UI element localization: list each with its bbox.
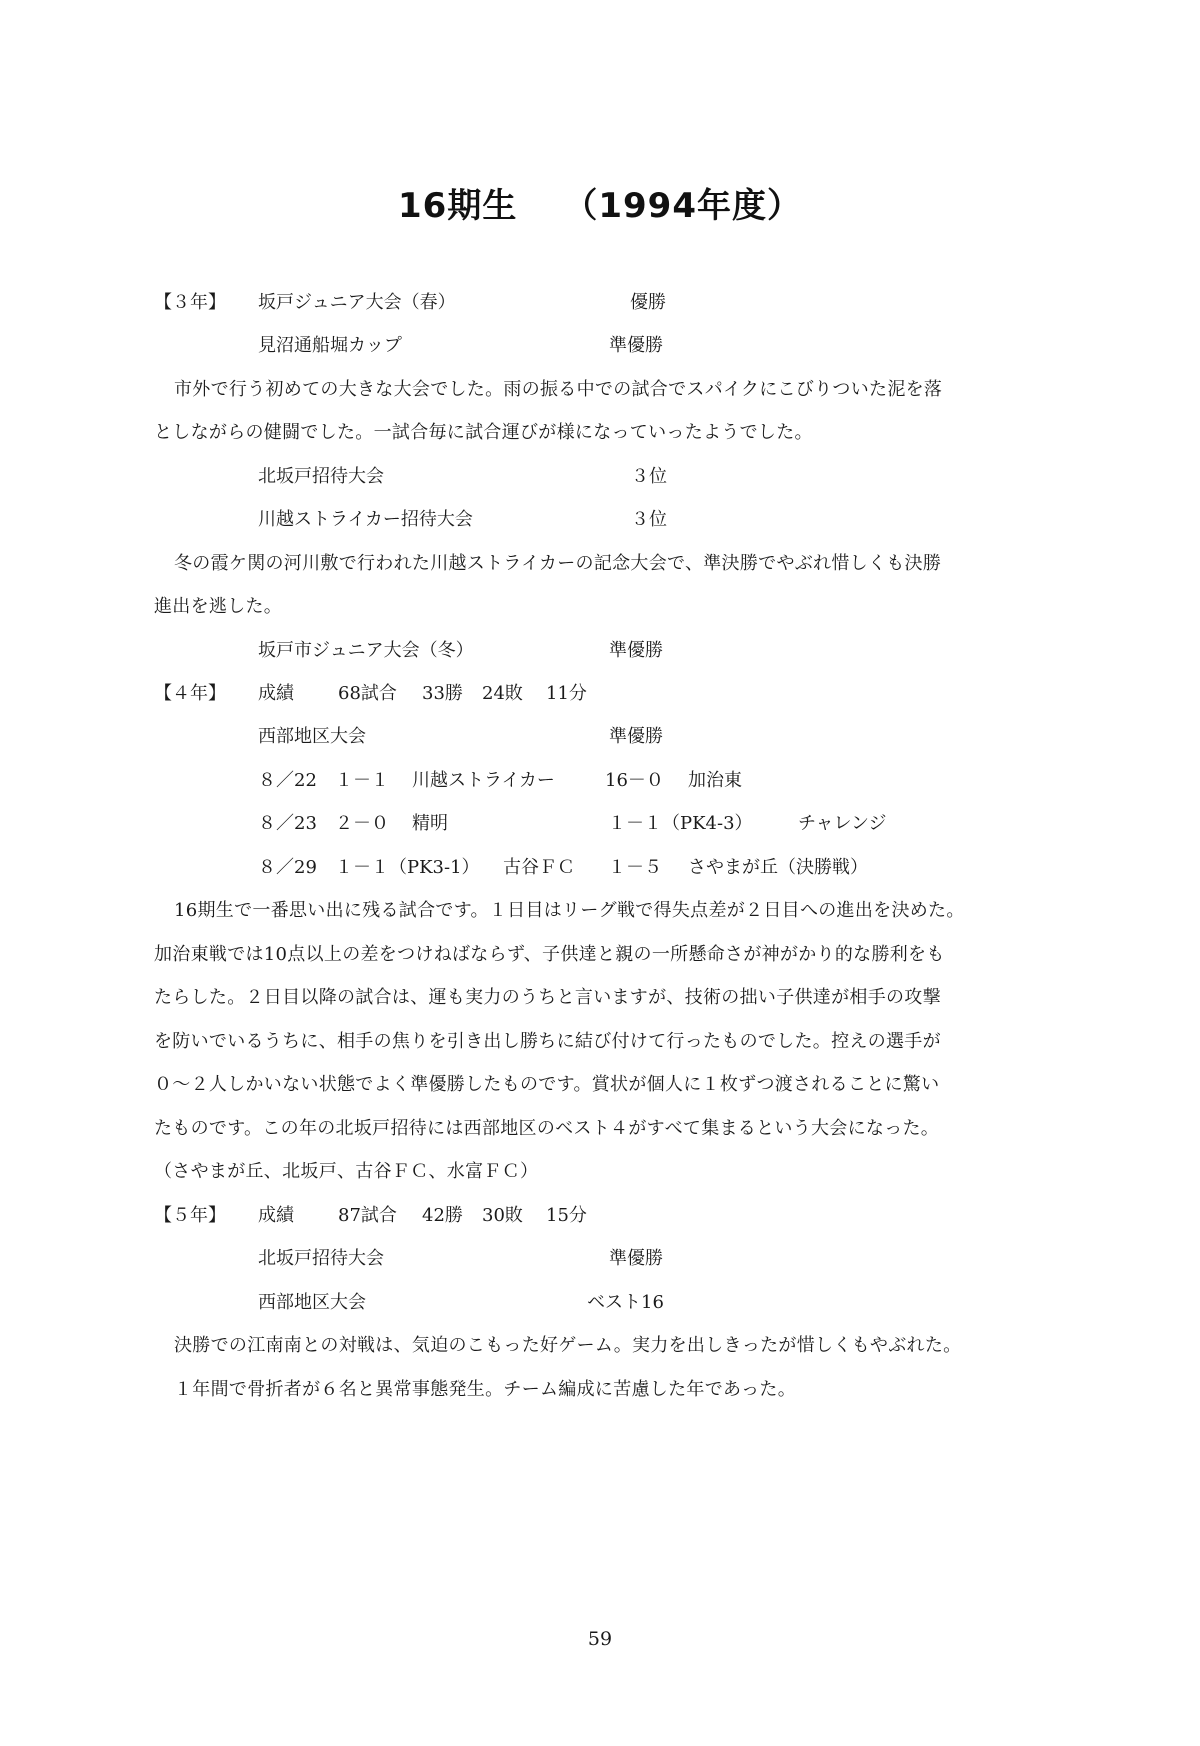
result-row: 北坂戸招待大会 ３位 xyxy=(0,462,1200,492)
record-draws: 11分 xyxy=(546,679,587,709)
paragraph-line: ０～２人しかいない状態でよく準優勝したものです。賞状が個人に１枚ずつ渡されること… xyxy=(154,1070,939,1100)
match-score: １－５ xyxy=(608,853,662,883)
match-score: １－１（PK3-1） xyxy=(335,853,480,883)
page-title: 16期生（1994年度） xyxy=(0,178,1200,227)
paragraph-line: たらした。２日目以降の試合は、運も実力のうちと言いますが、技術の拙い子供達が相手… xyxy=(154,983,941,1013)
paragraph-line: 16期生で一番思い出に残る試合です。１日目はリーグ戦で得失点差が２日目への進出を… xyxy=(154,896,965,926)
page-number: 59 xyxy=(0,1628,1200,1650)
year-label: 【３年】 xyxy=(154,288,226,318)
tournament-result: 準優勝 xyxy=(609,331,663,361)
match-score: ２－０ xyxy=(335,809,389,839)
record-row: 【５年】 成績 87試合 42勝 30敗 15分 xyxy=(0,1201,1200,1231)
paragraph-line: 冬の霞ケ関の河川敷で行われた川越ストライカーの記念大会で、準決勝でやぶれ惜しくも… xyxy=(154,549,941,579)
match-opponent: チャレンジ xyxy=(798,809,887,839)
paragraph-line: 進出を逃した。 xyxy=(154,592,282,622)
record-losses: 30敗 xyxy=(482,1201,523,1231)
result-row: 西部地区大会 ベスト16 xyxy=(0,1288,1200,1318)
match-opponent: 加治東 xyxy=(688,766,742,796)
paragraph-line: たものです。この年の北坂戸招待には西部地区のベスト４がすべて集まるという大会にな… xyxy=(154,1114,939,1144)
tournament-result: ベスト16 xyxy=(587,1288,664,1318)
result-row: 見沼通船堀カップ 準優勝 xyxy=(0,331,1200,361)
record-losses: 24敗 xyxy=(482,679,523,709)
paragraph-line: 決勝での江南南との対戦は、気迫のこもった好ゲーム。実力を出しきったが惜しくもやぶ… xyxy=(154,1331,961,1361)
year-label: 【５年】 xyxy=(154,1201,226,1231)
paragraph-line: （さやまが丘、北坂戸、古谷ＦＣ、水富ＦＣ） xyxy=(154,1157,538,1187)
result-row: 西部地区大会 準優勝 xyxy=(0,722,1200,752)
tournament-result: ３位 xyxy=(631,505,667,535)
tournament-name: 見沼通船堀カップ xyxy=(258,331,402,361)
match-opponent: さやまが丘（決勝戦） xyxy=(688,853,868,883)
tournament-result: ３位 xyxy=(631,462,667,492)
result-row: 坂戸市ジュニア大会（冬） 準優勝 xyxy=(0,636,1200,666)
fiscal-year-title: （1994年度） xyxy=(563,186,802,226)
paragraph-line: としながらの健闘でした。一試合毎に試合運びが様になっていったようでした。 xyxy=(154,418,813,448)
record-wins: 42勝 xyxy=(422,1201,463,1231)
match-date: ８／22 xyxy=(258,766,317,796)
tournament-name: 西部地区大会 xyxy=(258,1288,366,1318)
match-score: １－１ xyxy=(335,766,389,796)
tournament-name: 北坂戸招待大会 xyxy=(258,1244,384,1274)
record-games: 68試合 xyxy=(338,679,397,709)
paragraph-line: を防いでいるうちに、相手の焦りを引き出し勝ちに結び付けて行ったものでした。控えの… xyxy=(154,1027,941,1057)
paragraph-line: 市外で行う初めての大きな大会でした。雨の振る中での試合でスパイクにこびりついた泥… xyxy=(154,375,942,405)
match-row: ８／23 ２－０ 精明 １－１（PK4-3） チャレンジ xyxy=(0,809,1200,839)
tournament-result: 準優勝 xyxy=(609,1244,663,1274)
match-row: ８／22 １－１ 川越ストライカー 16－０ 加治東 xyxy=(0,766,1200,796)
match-opponent: 精明 xyxy=(412,809,448,839)
tournament-name: 川越ストライカー招待大会 xyxy=(258,505,473,535)
match-opponent: 古谷ＦＣ xyxy=(503,853,575,883)
match-date: ８／29 xyxy=(258,853,317,883)
match-score: １－１（PK4-3） xyxy=(608,809,753,839)
record-wins: 33勝 xyxy=(422,679,463,709)
match-row: ８／29 １－１（PK3-1） 古谷ＦＣ １－５ さやまが丘（決勝戦） xyxy=(0,853,1200,883)
record-row: 【４年】 成績 68試合 33勝 24敗 11分 xyxy=(0,679,1200,709)
record-games: 87試合 xyxy=(338,1201,397,1231)
tournament-result: 準優勝 xyxy=(609,722,663,752)
year-label: 【４年】 xyxy=(154,679,226,709)
tournament-name: 坂戸市ジュニア大会（冬） xyxy=(258,636,474,666)
tournament-result: 優勝 xyxy=(630,288,666,318)
tournament-name: 西部地区大会 xyxy=(258,722,366,752)
tournament-name: 坂戸ジュニア大会（春） xyxy=(258,288,456,318)
result-row: 【３年】 坂戸ジュニア大会（春） 優勝 xyxy=(0,288,1200,318)
paragraph-line: 加治東戦では10点以上の差をつけねばならず、子供達と親の一所懸命さが神がかり的な… xyxy=(154,940,945,970)
tournament-result: 準優勝 xyxy=(609,636,663,666)
record-label: 成績 xyxy=(258,1201,294,1231)
record-draws: 15分 xyxy=(546,1201,587,1231)
result-row: 川越ストライカー招待大会 ３位 xyxy=(0,505,1200,535)
tournament-name: 北坂戸招待大会 xyxy=(258,462,384,492)
paragraph-line: １年間で骨折者が６名と異常事態発生。チーム編成に苦慮した年であった。 xyxy=(154,1375,796,1405)
match-date: ８／23 xyxy=(258,809,317,839)
cohort-title: 16期生 xyxy=(398,186,517,226)
record-label: 成績 xyxy=(258,679,294,709)
match-score: 16－０ xyxy=(605,766,664,796)
match-opponent: 川越ストライカー xyxy=(412,766,555,796)
result-row: 北坂戸招待大会 準優勝 xyxy=(0,1244,1200,1274)
